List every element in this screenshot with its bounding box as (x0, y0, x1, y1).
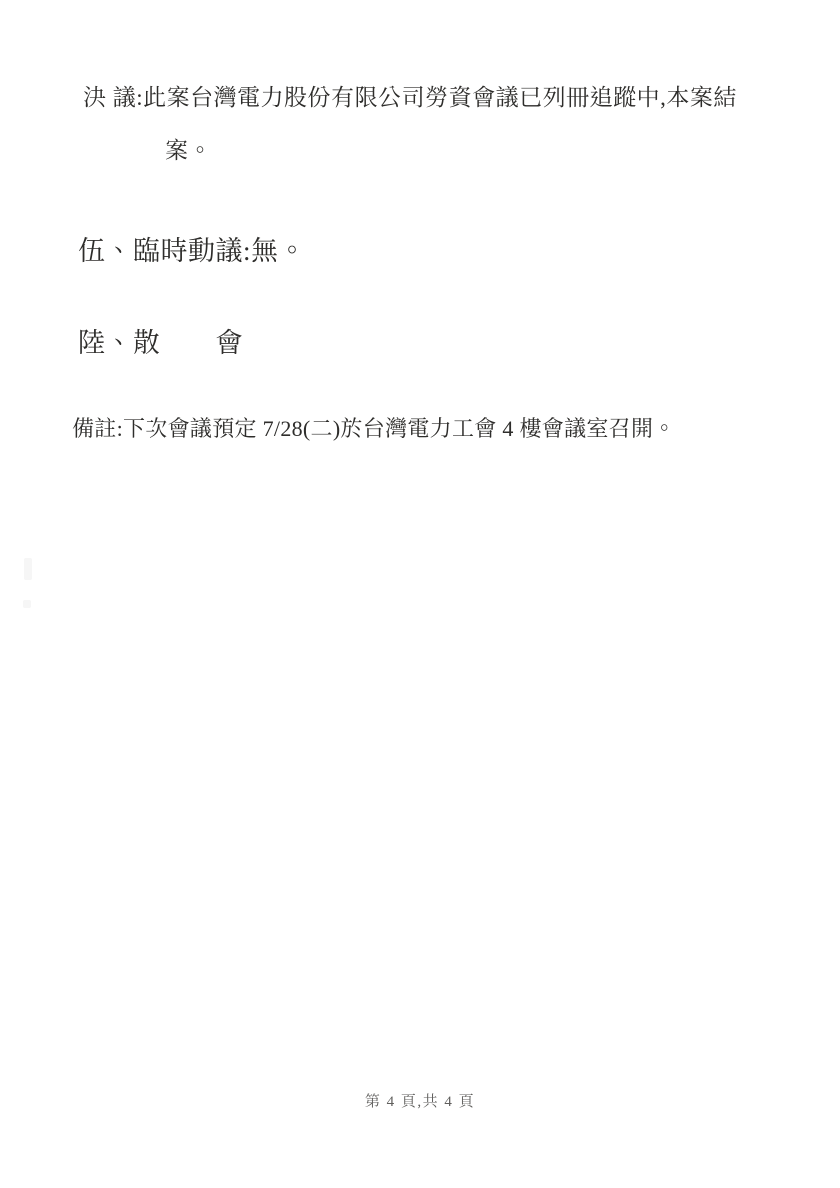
section-six-heading: 陸、散 會 (78, 330, 243, 357)
scan-artifact-smudge (23, 600, 31, 608)
note-line: 備註:下次會議預定 7/28(二)於台灣電力工會 4 樓會議室召開。 (72, 418, 676, 440)
decision-paragraph-line-1: 決 議:此案台灣電力股份有限公司勞資會議已列冊追蹤中,本案結 (83, 86, 737, 109)
decision-paragraph-line-2: 案。 (165, 139, 212, 162)
page-number-footer: 第 4 頁,共 4 頁 (0, 1095, 840, 1110)
section-five-heading: 伍、臨時動議:無。 (78, 238, 306, 265)
scan-artifact-smudge (24, 558, 32, 580)
document-page: 決 議:此案台灣電力股份有限公司勞資會議已列冊追蹤中,本案結 案。 伍、臨時動議… (0, 0, 840, 1188)
